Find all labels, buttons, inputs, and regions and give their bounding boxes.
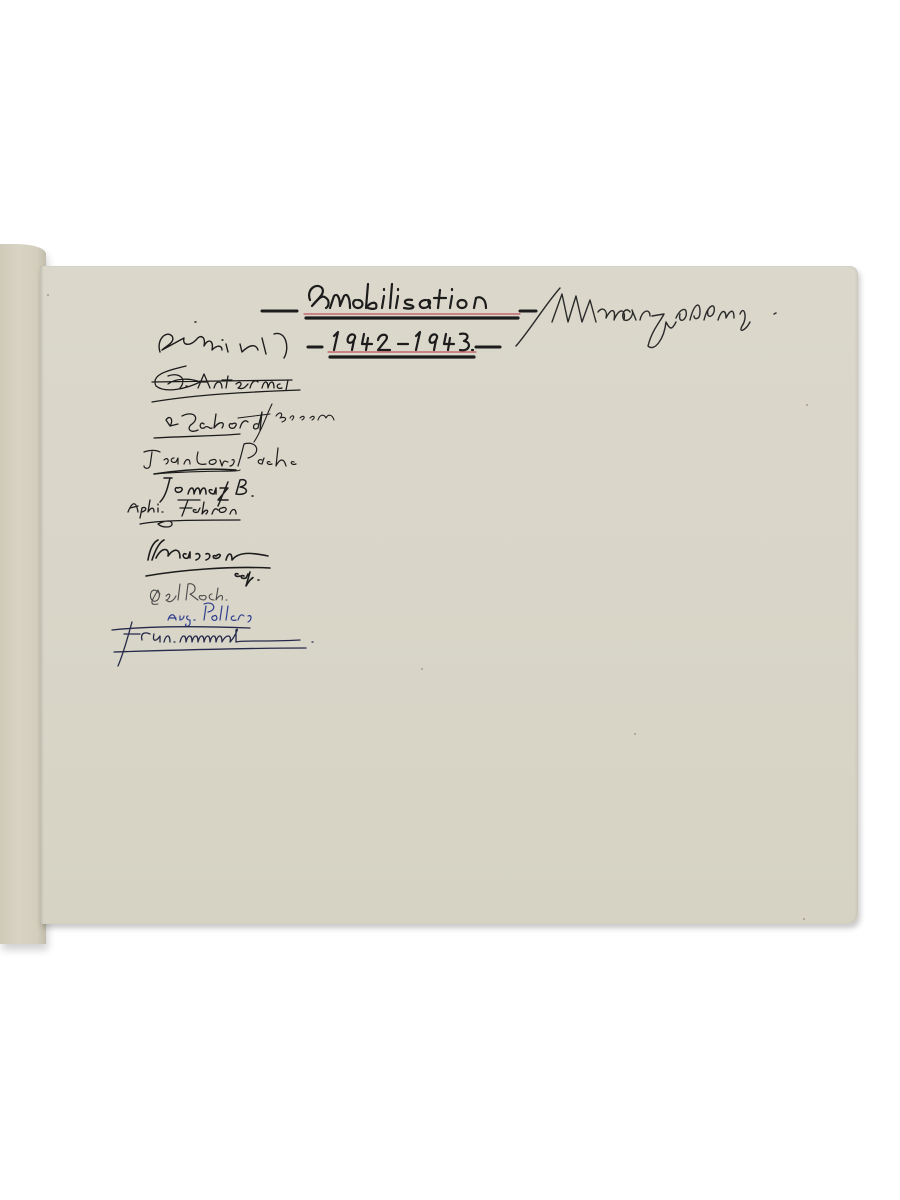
signature-top-right: Melwarz Colbrig [0,0,776,348]
album-photo: Mobilisation 1942 - 1943. Melwarz Colbri… [0,0,900,1200]
signature-9: Pel Roch [0,0,227,604]
signature-text: Fr. Lumm... [0,0,94,4]
signature-7: Aphi. Fabron [0,0,240,527]
title-mobilisation: Mobilisation [0,0,536,318]
signature-text: Melwarz Colbrig [0,0,136,4]
signature-10: Aug. Pollers [0,0,251,626]
signature-text: Pel Roch [0,0,71,4]
handwriting-layer: Mobilisation 1942 - 1943. Melwarz Colbri… [0,0,900,1200]
signature-text: Tomaz B. [0,0,74,4]
signature-text: Lt Gabord [0,0,82,4]
signature-2: E. Antermot [0,0,300,402]
signature-11: Fr. Lumm... [0,0,313,666]
signature-8: Masson cap. [0,0,270,586]
signature-4: Besson [0,0,334,442]
signature-6: Tomaz B. [0,0,253,506]
title-dates: 1942 - 1943. [0,0,500,357]
title-text: Mobilisation [0,0,101,4]
signature-text: R. Sprink [0,0,76,4]
signature-text: Aphi. Fabron [0,0,105,4]
signature-text: Jean Louis Pache [0,0,138,4]
signature-text: Masson cap. [0,0,101,4]
dates-text: 1942 - 1943. [0,0,102,4]
signature-text: Besson [0,0,58,4]
signature-text: E. Antermot [0,0,99,4]
signature-1: R. Sprink [0,0,287,358]
signature-5: Jean Louis Pache [0,0,296,474]
signature-text: Aug. Pollers [0,0,98,4]
signature-3: Lt Gabord [0,0,262,438]
